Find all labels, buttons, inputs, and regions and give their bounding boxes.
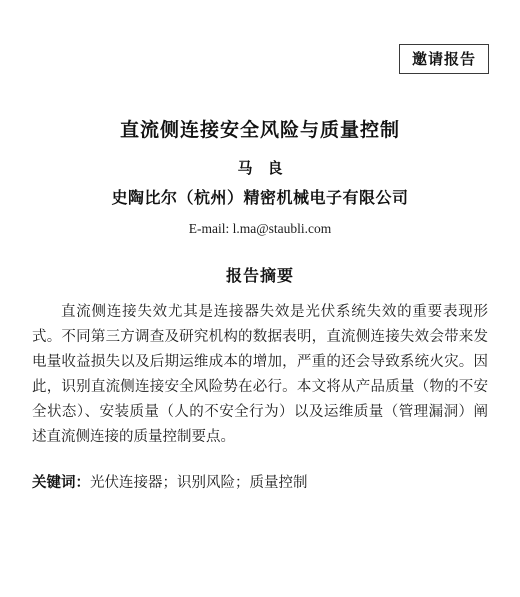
keywords-line: 关键词：光伏连接器；识别风险；质量控制	[32, 473, 488, 493]
author-affiliation: 史陶比尔（杭州）精密机械电子有限公司	[32, 188, 488, 210]
keywords-label: 关键词：	[32, 475, 90, 491]
abstract-paragraph: 直流侧连接失效尤其是连接器失效是光伏系统失效的重要表现形式。不同第三方调查及研究…	[32, 300, 488, 450]
document-page: 邀请报告 直流侧连接安全风险与质量控制 马 良 史陶比尔（杭州）精密机械电子有限…	[0, 0, 520, 597]
invited-report-badge: 邀请报告	[399, 44, 489, 74]
document-content: 直流侧连接安全风险与质量控制 马 良 史陶比尔（杭州）精密机械电子有限公司 E-…	[0, 118, 520, 493]
keywords-value: 光伏连接器；识别风险；质量控制	[90, 475, 308, 491]
page-title: 直流侧连接安全风险与质量控制	[32, 118, 488, 144]
author-name: 马 良	[32, 159, 488, 179]
abstract-heading: 报告摘要	[32, 266, 488, 288]
author-email: E-mail: l.ma@staubli.com	[32, 220, 488, 238]
